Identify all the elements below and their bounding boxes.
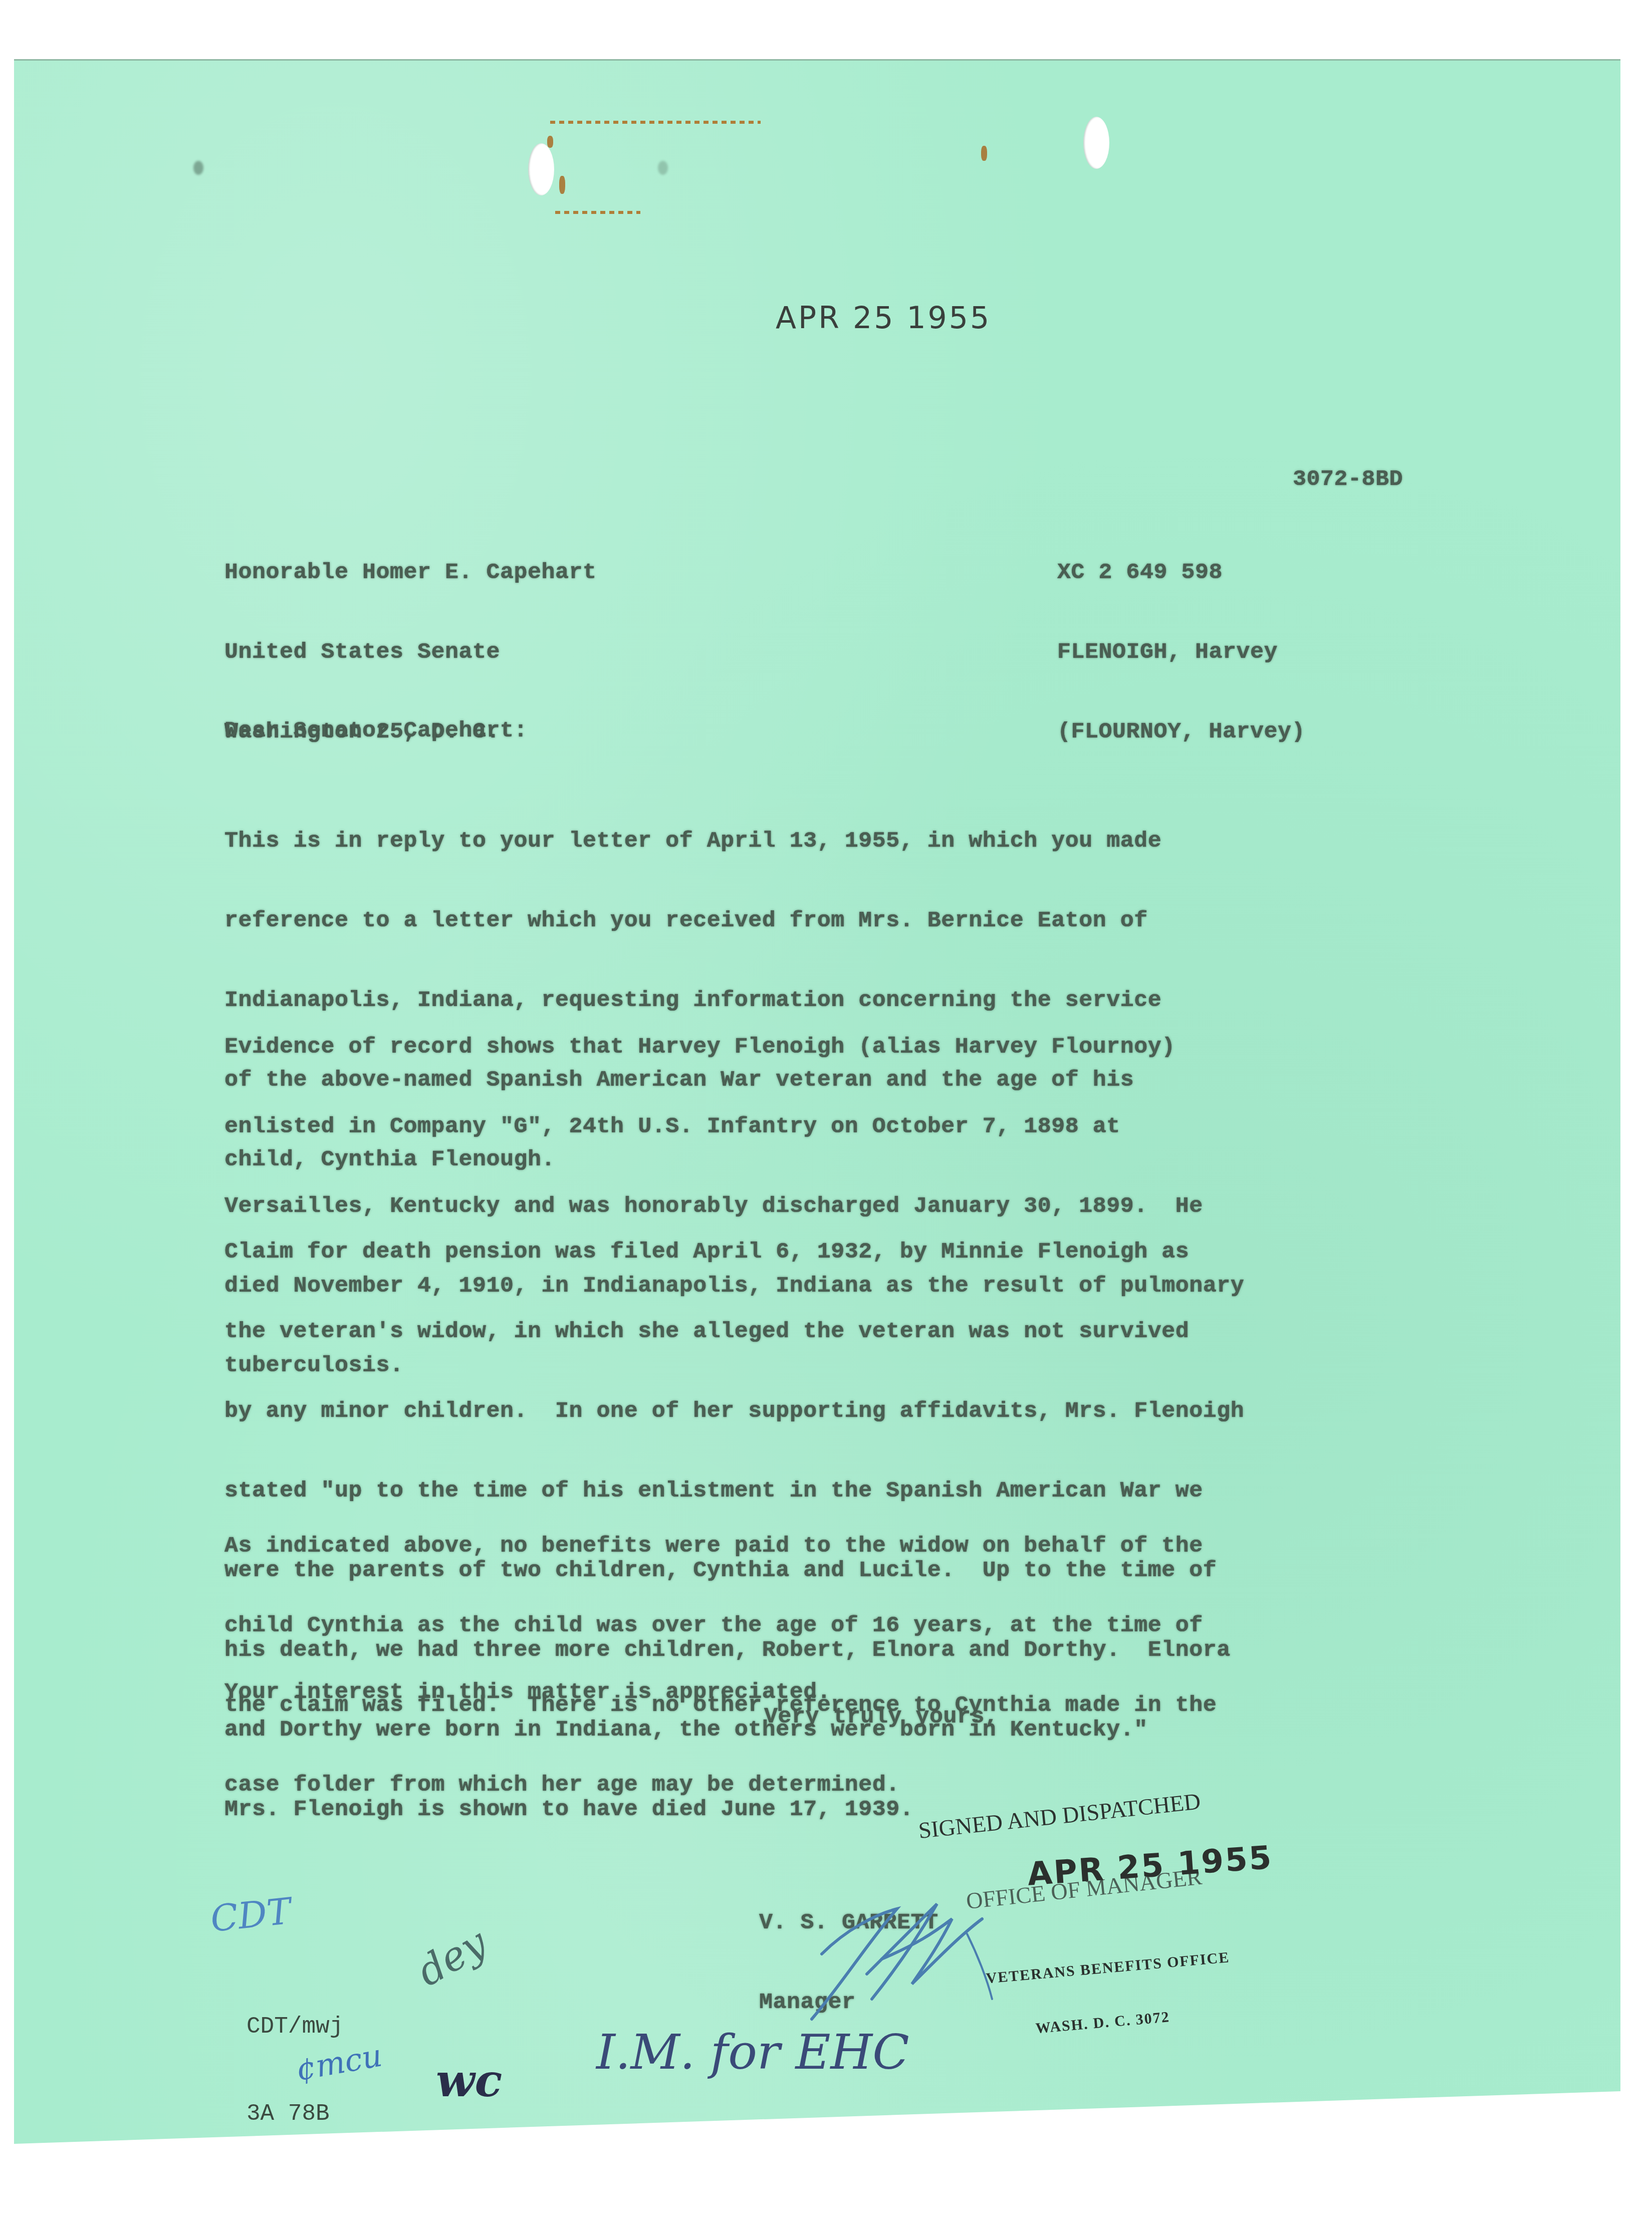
handwritten-cdt: CDT xyxy=(208,1890,293,1940)
body-line: enlisted in Company "G", 24th U.S. Infan… xyxy=(224,1113,1244,1140)
claim-reference: XC 2 649 598 FLENOIGH, Harvey (FLOURNOY,… xyxy=(1057,506,1305,772)
claim-number: XC 2 649 598 xyxy=(1057,559,1305,586)
body-line: Your interest in this matter is apprecia… xyxy=(224,1679,831,1705)
recipient-line-2: United States Senate xyxy=(224,639,597,665)
typist-initials-line-2: 3A 78B xyxy=(247,2099,343,2128)
veteran-alias: (FLOURNOY, Harvey) xyxy=(1057,718,1305,745)
rust-spot xyxy=(981,146,987,161)
handwritten-wc: wc xyxy=(436,2054,502,2107)
body-line: Evidence of record shows that Harvey Fle… xyxy=(224,1034,1244,1060)
typist-initials-line-1: CDT/mwj xyxy=(247,2012,343,2041)
body-line: This is in reply to your letter of April… xyxy=(224,828,1161,854)
salutation: Dear Senator Capehart: xyxy=(224,717,528,744)
date-stamp-top: APR 25 1955 xyxy=(776,301,991,336)
file-code: 3072-8BD xyxy=(1293,466,1403,492)
handwritten-initials-for: I.M. for EHC xyxy=(596,2024,909,2080)
ink-smudge xyxy=(658,161,668,175)
rust-spot xyxy=(559,176,565,194)
closing: Very truly yours, xyxy=(764,1703,999,1730)
ink-smudge xyxy=(193,161,203,175)
body-line: Claim for death pension was filed April … xyxy=(224,1239,1244,1265)
rust-stain xyxy=(555,211,640,214)
body-line: the veteran's widow, in which she allege… xyxy=(224,1318,1244,1345)
punch-hole-left xyxy=(528,143,554,195)
body-line: by any minor children. In one of her sup… xyxy=(224,1398,1244,1424)
body-line: reference to a letter which you received… xyxy=(224,907,1161,934)
punch-hole-right xyxy=(1083,117,1109,169)
rust-spot xyxy=(547,136,553,148)
recipient-line-1: Honorable Homer E. Capehart xyxy=(224,559,597,586)
body-paragraph-5: Your interest in this matter is apprecia… xyxy=(224,1626,831,1732)
rust-stain xyxy=(550,121,761,124)
manager-signature xyxy=(802,1899,1032,2039)
stamp-line-signed: SIGNED AND DISPATCHED xyxy=(917,1789,1202,1843)
veteran-name: FLENOIGH, Harvey xyxy=(1057,639,1305,665)
body-line: As indicated above, no benefits were pai… xyxy=(224,1533,1217,1559)
